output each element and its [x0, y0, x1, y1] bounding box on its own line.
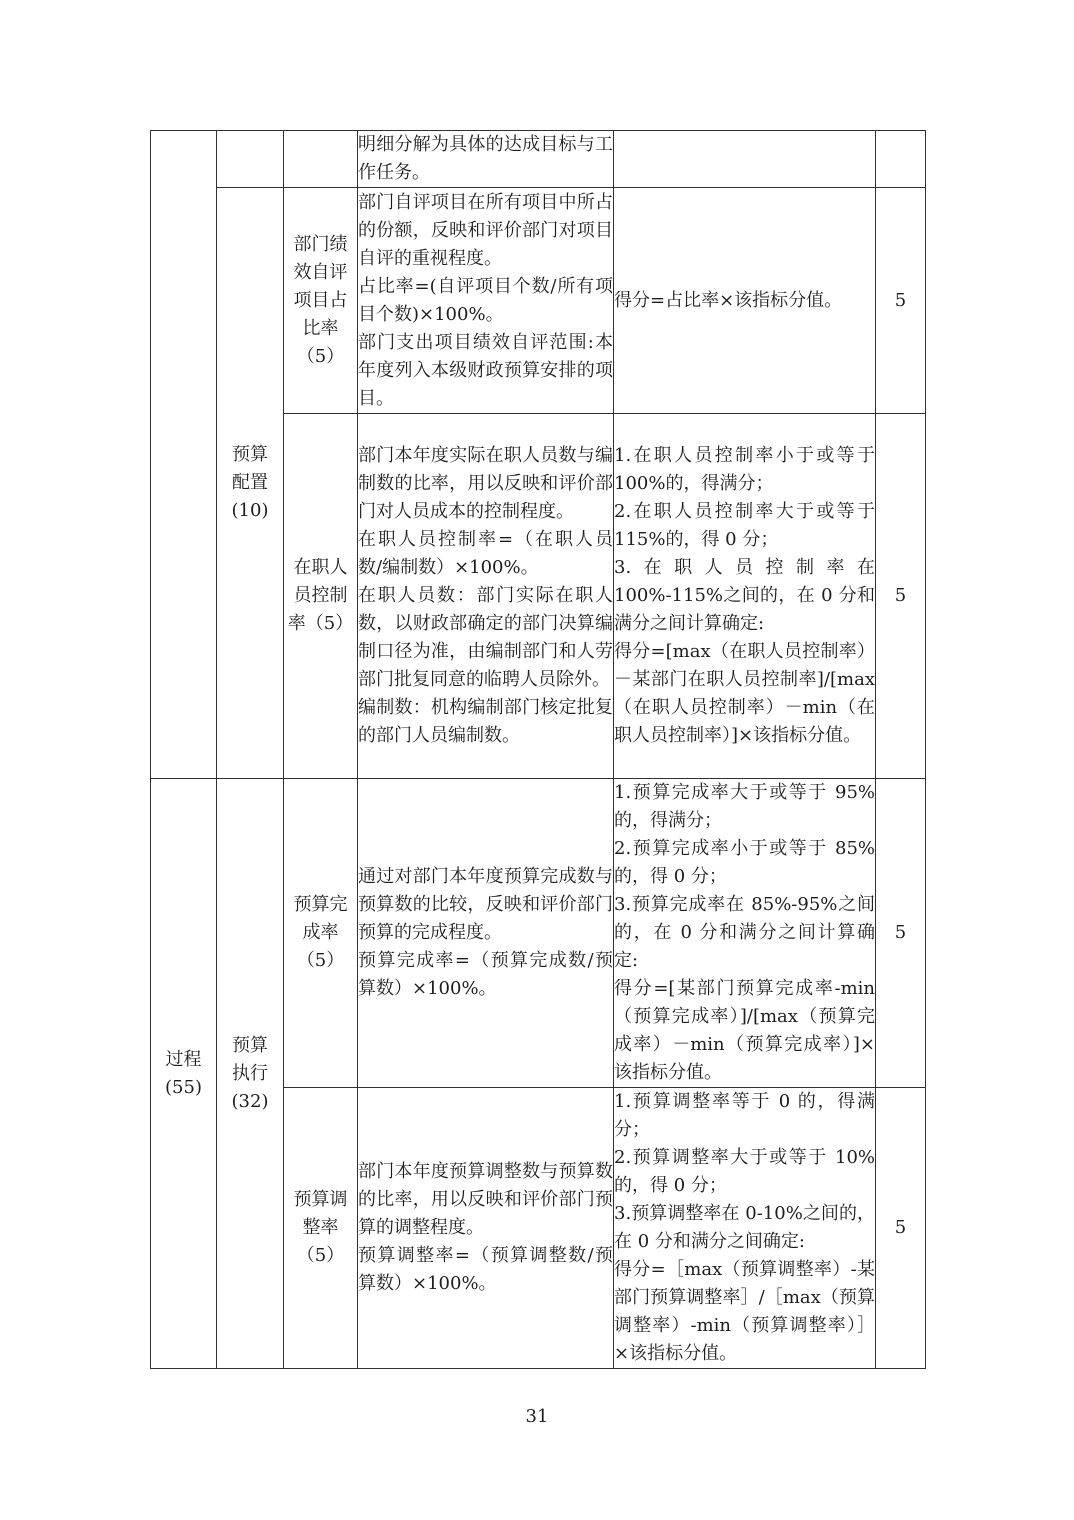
- document-page: 明细分解为具体的达成目标与工作任务。 预算 配置 (10) 部门绩 效自评 项目…: [0, 0, 1074, 1520]
- scoring-paragraph: 得分=占比率×该指标分值。: [614, 287, 875, 315]
- cell-level2-continued: [217, 131, 284, 188]
- cell-level2-budget-execution: 预算 执行 (32): [217, 779, 284, 1369]
- cell-scoring-self-evaluation-ratio: 得分=占比率×该指标分值。: [614, 188, 876, 414]
- scoring-paragraph: 3.预算调整率在 0-10%之间的，在 0 分和满分之间确定:: [614, 1200, 875, 1256]
- description-paragraph: 编制数：机构编制部门核定批复的部门人员编制数。: [358, 694, 613, 750]
- scoring-paragraph: 1.预算完成率大于或等于 95%的，得满分；: [614, 779, 875, 835]
- description-paragraph: 在职人员数：部门实际在职人数，以财政部确定的部门决算编制口径为准，由编制部门和人…: [358, 582, 613, 694]
- scoring-paragraph: 得分=［max（预算调整率）-某部门预算调整率］/［max（预算调整率）-min…: [614, 1256, 875, 1368]
- cell-points-budget-adjustment-rate: 5: [876, 1088, 926, 1369]
- cell-description-continued: 明细分解为具体的达成目标与工作任务。: [358, 131, 614, 188]
- description-paragraph: 预算调整率=（预算调整数/预算数）×100%。: [358, 1242, 613, 1298]
- cell-points-continued: [876, 131, 926, 188]
- cell-level1-process: 过程 (55): [151, 779, 217, 1369]
- description-paragraph: 占比率=(自评项目个数/所有项目个数)×100%。: [358, 273, 613, 329]
- description-paragraph: 在职人员控制率=（在职人员数/编制数）×100%。: [358, 526, 613, 582]
- scoring-paragraph: 1.在职人员控制率小于或等于 100%的，得满分；: [614, 442, 875, 498]
- table-row: 明细分解为具体的达成目标与工作任务。: [151, 131, 926, 188]
- evaluation-table: 明细分解为具体的达成目标与工作任务。 预算 配置 (10) 部门绩 效自评 项目…: [150, 130, 926, 1369]
- description-paragraph: 部门本年度预算调整数与预算数的比率，用以反映和评价部门预算的调整程度。: [358, 1158, 613, 1242]
- cell-description-staff-control-rate: 部门本年度实际在职人员数与编制数的比率，用以反映和评价部门对人员成本的控制程度。…: [358, 414, 614, 779]
- description-paragraph: 通过对部门本年度预算完成数与预算数的比较，反映和评价部门预算的完成程度。: [358, 863, 613, 947]
- cell-scoring-budget-adjustment-rate: 1.预算调整率等于 0 的，得满分； 2.预算调整率大于或等于 10%的，得 0…: [614, 1088, 876, 1369]
- description-paragraph: 部门本年度实际在职人员数与编制数的比率，用以反映和评价部门对人员成本的控制程度。: [358, 442, 613, 526]
- cell-points-self-evaluation-ratio: 5: [876, 188, 926, 414]
- scoring-paragraph: 1.预算调整率等于 0 的，得满分；: [614, 1088, 875, 1144]
- cell-level2-budget-allocation: 预算 配置 (10): [217, 188, 284, 779]
- cell-description-budget-completion-rate: 通过对部门本年度预算完成数与预算数的比较，反映和评价部门预算的完成程度。 预算完…: [358, 779, 614, 1088]
- cell-scoring-continued: [614, 131, 876, 188]
- cell-points-staff-control-rate: 5: [876, 414, 926, 779]
- scoring-paragraph: 2.在职人员控制率大于或等于 115%的，得 0 分；: [614, 498, 875, 554]
- cell-description-self-evaluation-ratio: 部门自评项目在所有项目中所占的份额，反映和评价部门对项目自评的重视程度。 占比率…: [358, 188, 614, 414]
- description-paragraph: 预算完成率=（预算完成数/预算数）×100%。: [358, 947, 613, 1003]
- scoring-paragraph: 得分=[max（在职人员控制率）－某部门在职人员控制率]/[max（在职人员控制…: [614, 638, 875, 750]
- page-number: 31: [0, 1406, 1074, 1427]
- cell-indicator-continued: [284, 131, 358, 188]
- cell-indicator-staff-control-rate: 在职人 员控制 率（5）: [284, 414, 358, 779]
- cell-points-budget-completion-rate: 5: [876, 779, 926, 1088]
- cell-description-budget-adjustment-rate: 部门本年度预算调整数与预算数的比率，用以反映和评价部门预算的调整程度。 预算调整…: [358, 1088, 614, 1369]
- scoring-paragraph: 2.预算完成率小于或等于 85%的，得 0 分；: [614, 835, 875, 891]
- scoring-paragraph: 得分=[某部门预算完成率-min（预算完成率）]/[max（预算完成率）－min…: [614, 975, 875, 1087]
- cell-scoring-staff-control-rate: 1.在职人员控制率小于或等于 100%的，得满分； 2.在职人员控制率大于或等于…: [614, 414, 876, 779]
- cell-indicator-budget-completion-rate: 预算完 成率 （5）: [284, 779, 358, 1088]
- scoring-paragraph: 3.预算完成率在 85%-95%之间的，在 0 分和满分之间计算确定:: [614, 891, 875, 975]
- table-row: 过程 (55) 预算 执行 (32) 预算完 成率 （5） 通过对部门本年度预算…: [151, 779, 926, 1088]
- cell-level1-continued: [151, 131, 217, 779]
- cell-indicator-budget-adjustment-rate: 预算调 整率 （5）: [284, 1088, 358, 1369]
- scoring-paragraph: 3.在职人员控制率在 100%-115%之间的，在 0 分和满分之间计算确定:: [614, 554, 875, 638]
- cell-indicator-self-evaluation-ratio: 部门绩 效自评 项目占 比率 （5）: [284, 188, 358, 414]
- scoring-paragraph: 2.预算调整率大于或等于 10%的，得 0 分；: [614, 1144, 875, 1200]
- description-paragraph: 部门支出项目绩效自评范围:本年度列入本级财政预算安排的项目。: [358, 329, 613, 413]
- description-paragraph: 部门自评项目在所有项目中所占的份额，反映和评价部门对项目自评的重视程度。: [358, 189, 613, 273]
- cell-scoring-budget-completion-rate: 1.预算完成率大于或等于 95%的，得满分； 2.预算完成率小于或等于 85%的…: [614, 779, 876, 1088]
- table-row: 预算 配置 (10) 部门绩 效自评 项目占 比率 （5） 部门自评项目在所有项…: [151, 188, 926, 414]
- description-paragraph: 明细分解为具体的达成目标与工作任务。: [358, 131, 613, 187]
